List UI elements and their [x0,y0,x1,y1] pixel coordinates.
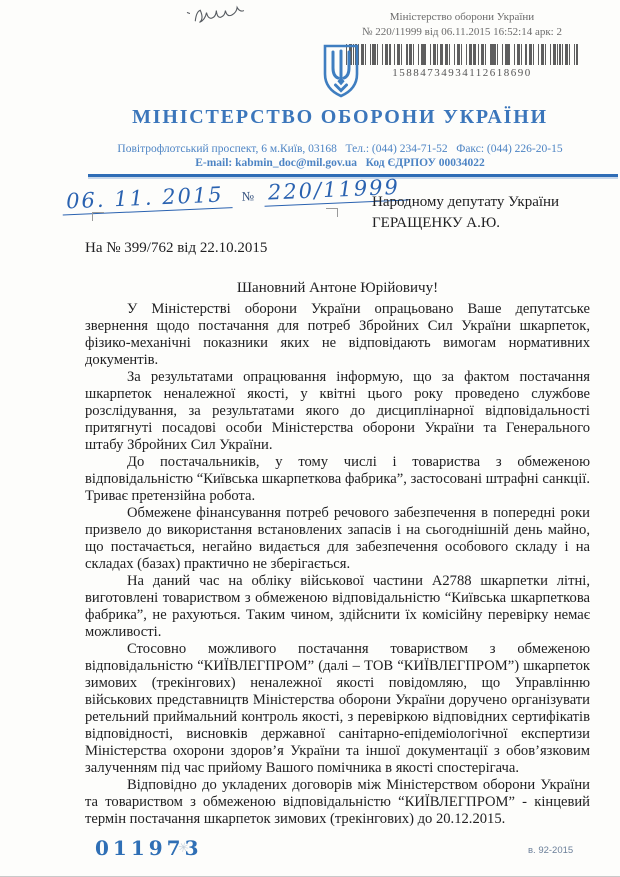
paragraph-6: Стосовно можливого постачання товариство… [85,641,590,777]
paragraph-7: Відповідно до укладених договорів між Мі… [85,777,590,828]
paragraph-1: У Міністерстві оборони України опрацьова… [85,301,590,369]
paragraph-3: До постачальників, у тому числі і товари… [85,454,590,505]
recipient-block: Народному депутату України ГЕРАЩЕНКУ А.Ю… [372,192,559,234]
paragraph-4: Обмежене фінансування потреб речового за… [85,505,590,573]
address-corner-mark-right [326,208,338,217]
ministry-address: Повітрофлотський проспект, 6 м.Київ, 031… [60,142,620,156]
outgoing-registration: 06. 11. 2015 № 220/11999 [62,174,409,213]
pen-scribble-icon [185,0,259,30]
address-corner-mark-left [92,212,104,221]
barcode [346,44,578,65]
ukraine-trident-emblem [322,44,360,105]
paragraph-5: На даний час на обліку військової частин… [85,573,590,641]
trident-shield-icon [322,44,360,100]
recipient-line1: Народному депутату України [372,192,559,213]
ministry-contact: E-mail: kabmin_doc@mil.gov.ua Код ЄДРПОУ… [60,156,620,170]
salutation: Шановний Антоне Юрійовичу! [85,280,590,297]
stamp-registration-line: № 220/11999 від 06.11.2015 16:52:14 арк:… [312,25,612,40]
number-sign: № [241,188,254,204]
handwritten-date: 06. 11. 2015 [62,182,233,215]
letter-body: У Міністерстві оборони України опрацьова… [85,301,590,828]
stamp-organization: Міністерство оборони України [312,10,612,25]
incoming-reference: На № 399/762 від 22.10.2015 [85,240,267,257]
ministry-title: МІНІСТЕРСТВО ОБОРОНИ УКРАЇНИ [60,106,620,129]
paragraph-2: За результатами опрацювання інформую, що… [85,369,590,454]
handwritten-note-mark [185,0,260,35]
recipient-line2: ГЕРАЩЕНКУ А.Ю. [372,213,559,234]
scanned-letter-page: Міністерство оборони України № 220/11999… [0,0,620,877]
print-run-code: в. 92-2015 [528,845,573,856]
